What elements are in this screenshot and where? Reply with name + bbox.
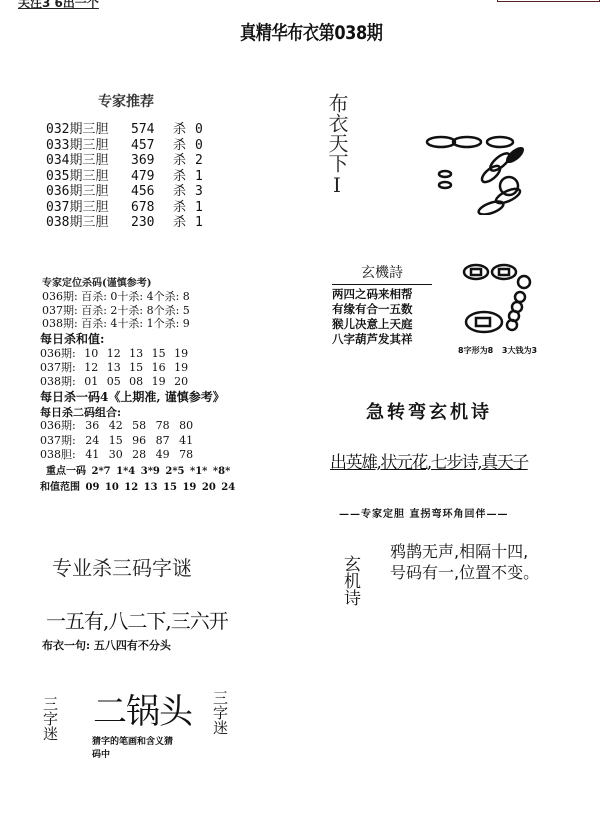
expert-picks-list: 032期三胆574杀0 033期三胆457杀0 034期三胆369杀2 035期… bbox=[46, 122, 203, 231]
coin-caption: 8字形为8 3大钱为3 bbox=[458, 345, 537, 356]
list-item: 038期三胆230杀1 bbox=[46, 215, 203, 231]
daily-kill-two-list: 036期: 36 42 58 78 80 037期: 24 15 96 87 4… bbox=[40, 419, 193, 463]
list-item: 037期: 24 15 96 87 41 bbox=[40, 434, 193, 449]
daily-sum-kill-list: 036期: 10 12 13 15 19 037期: 12 13 15 16 1… bbox=[40, 347, 188, 389]
three-char-riddle-label-left: 三字迷 bbox=[42, 696, 57, 741]
list-item: 036期三胆456杀3 bbox=[46, 184, 203, 200]
expert-picks-heading: 专家推荐 bbox=[98, 91, 154, 111]
position-kill-list: 036期: 百杀: 0十杀: 4个杀: 8 037期: 百杀: 2十杀: 8个杀… bbox=[42, 290, 190, 331]
issue: 032期三胆 bbox=[46, 122, 131, 138]
list-item: 032期三胆574杀0 bbox=[46, 122, 203, 138]
kill-value: 1 bbox=[195, 169, 203, 185]
kill-label: 杀 bbox=[173, 169, 195, 185]
xuan-ji-vertical-label: 玄机诗 bbox=[336, 555, 364, 606]
poem-line: 两四之码来相帮 bbox=[332, 287, 432, 302]
issue: 035期三胆 bbox=[46, 169, 131, 185]
list-item: 034期三胆369杀2 bbox=[46, 153, 203, 169]
list-item: 036期: 10 12 13 15 19 bbox=[40, 347, 188, 361]
top-note: 关注3 6出一个 bbox=[18, 0, 99, 11]
three-char-riddle-answer: 二锅头 bbox=[93, 684, 192, 733]
list-item: 036期: 百杀: 0十杀: 4个杀: 8 bbox=[42, 290, 190, 304]
kill-label: 杀 bbox=[173, 153, 195, 169]
issue: 034期三胆 bbox=[46, 153, 131, 169]
issue: 036期三胆 bbox=[46, 184, 131, 200]
list-item: 033期三胆457杀0 bbox=[46, 138, 203, 154]
riddle-clue: 一五有,八二下,三六开 bbox=[46, 605, 228, 634]
kill-value: 2 bbox=[195, 153, 203, 169]
digits: 479 bbox=[131, 169, 173, 185]
list-item: 035期三胆479杀1 bbox=[46, 169, 203, 185]
sum-range: 和值范围 09 10 12 13 15 19 20 24 bbox=[40, 478, 235, 493]
kill-value: 3 bbox=[195, 184, 203, 200]
kill-value: 0 bbox=[195, 138, 203, 154]
list-item: 037期三胆678杀1 bbox=[46, 200, 203, 216]
expert-strip: ——专家定胆 直拐弯环角回伴—— bbox=[339, 505, 508, 520]
kill-value: 1 bbox=[195, 200, 203, 216]
page-title: 真精华布衣第038期 bbox=[240, 18, 383, 45]
turn-poem-hero-line: 出英雄,状元花,七步诗,真天子 bbox=[330, 448, 528, 473]
list-item: 036期: 36 42 58 78 80 bbox=[40, 419, 193, 434]
issue: 037期三胆 bbox=[46, 200, 131, 216]
list-item: 037期: 百杀: 2十杀: 8个杀: 5 bbox=[42, 304, 190, 318]
list-item: 038期: 百杀: 4十杀: 1个杀: 9 bbox=[42, 317, 190, 331]
top-corner-box bbox=[497, 0, 600, 2]
kill-label: 杀 bbox=[173, 215, 195, 231]
poem-line: 有缘有合一五数 bbox=[332, 302, 432, 317]
xuan-ji-line: 号码有一,位置不变。 bbox=[390, 562, 539, 583]
three-char-riddle-label-right: 三字迷 bbox=[212, 690, 227, 735]
riddle-hint: 布衣一句: 五八四有不分头 bbox=[42, 637, 171, 653]
kill-label: 杀 bbox=[173, 200, 195, 216]
kill-label: 杀 bbox=[173, 184, 195, 200]
kill-label: 杀 bbox=[173, 122, 195, 138]
mystic-poem-box: 玄機詩 两四之码来相帮 有缘有合一五数 猴儿决意上天庭 八字葫芦发其祥 bbox=[332, 262, 432, 347]
position-kill-heading: 专家定位杀码(谨慎参考) bbox=[42, 274, 151, 289]
poem-line: 猴儿决意上天庭 bbox=[332, 317, 432, 332]
coin-chain-7-icon bbox=[425, 130, 540, 215]
poem-line: 八字葫芦发其祥 bbox=[332, 332, 432, 347]
digits: 456 bbox=[131, 184, 173, 200]
digits: 369 bbox=[131, 153, 173, 169]
daily-kill-one: 每日杀一码4《上期准, 谨慎参考》 bbox=[40, 388, 225, 405]
three-char-riddle-note: 猜字的笔画和含义猜码中 bbox=[92, 736, 180, 762]
kill-value: 0 bbox=[195, 122, 203, 138]
list-item: 038期: 01 05 08 19 20 bbox=[40, 375, 188, 389]
xuan-ji-text: 鸦鹊无声,相隔十四, 号码有一,位置不变。 bbox=[390, 541, 539, 583]
digits: 230 bbox=[131, 215, 173, 231]
daily-sum-kill-heading: 每日杀和值: bbox=[40, 330, 104, 347]
turn-poem-title: 急转弯玄机诗 bbox=[366, 398, 492, 424]
issue: 033期三胆 bbox=[46, 138, 131, 154]
kill-value: 1 bbox=[195, 215, 203, 231]
kill-label: 杀 bbox=[173, 138, 195, 154]
riddle-title: 专业杀三码字谜 bbox=[52, 552, 192, 581]
mystic-poem-title: 玄機詩 bbox=[332, 262, 432, 285]
list-item: 037期: 12 13 15 16 19 bbox=[40, 361, 188, 375]
focus-code: 重点一码 2*7 1*4 3*9 2*5 *1* *8* bbox=[46, 462, 230, 477]
coin-chain-3-icon bbox=[462, 262, 542, 342]
daily-kill-two-heading: 每日杀二码组合: bbox=[40, 404, 121, 420]
buyi-vertical-title: 布衣天下I bbox=[326, 93, 348, 197]
xuan-ji-line: 鸦鹊无声,相隔十四, bbox=[390, 541, 539, 562]
digits: 457 bbox=[131, 138, 173, 154]
issue: 038期三胆 bbox=[46, 215, 131, 231]
digits: 574 bbox=[131, 122, 173, 138]
list-item: 038胆: 41 30 28 49 78 bbox=[40, 448, 193, 463]
digits: 678 bbox=[131, 200, 173, 216]
